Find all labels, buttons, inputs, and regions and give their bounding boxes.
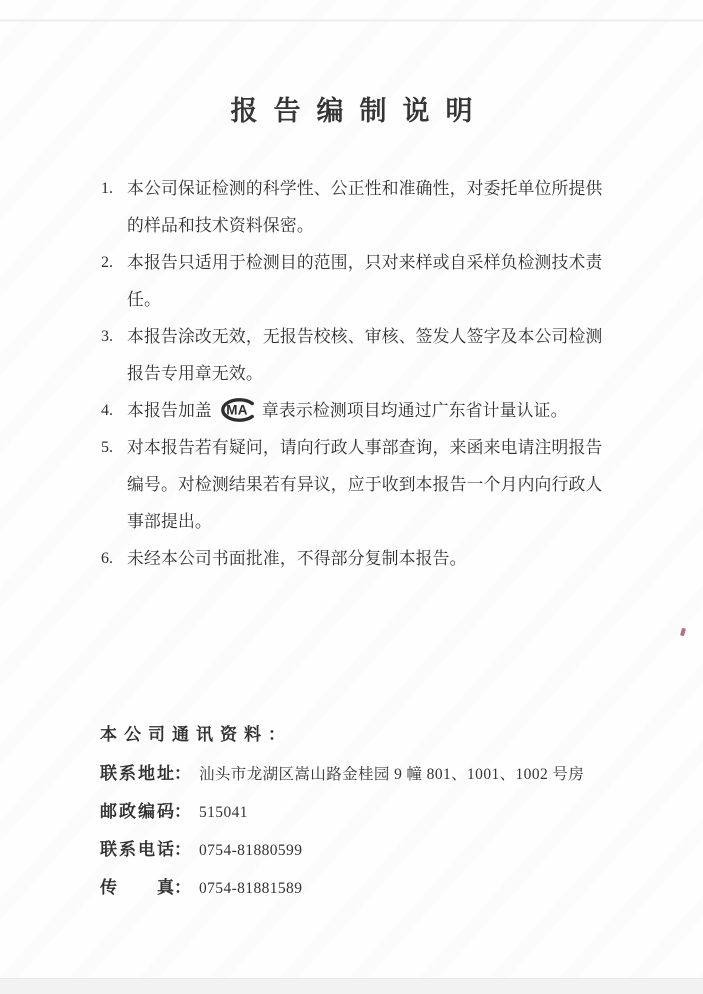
note-text: 本报告只适用于检测目的范围，只对来样或自采样负检测技术责 任。 <box>127 253 602 309</box>
contact-row-address: 联系地址：汕头市龙湖区嵩山路金桂园 9 幢 801、1001、1002 号房 <box>100 762 703 787</box>
note-item-1: 1. 本公司保证检测的科学性、公正性和准确性，对委托单位所提供 的样品和技术资料… <box>101 170 623 244</box>
note-text: 本报告加盖MA章表示检测项目均通过广东省计量认证。 <box>127 401 568 420</box>
scanned-document-page: 报告编制说明 1. 本公司保证检测的科学性、公正性和准确性，对委托单位所提供 的… <box>0 0 703 994</box>
contact-label: 传真 <box>100 876 174 900</box>
note-text: 对本报告若有疑问，请向行政人事部查询，来函来电请注明报告 编号。对检测结果若有异… <box>127 438 602 531</box>
note-number: 5. <box>101 429 113 466</box>
note-item-2: 2. 本报告只适用于检测目的范围，只对来样或自采样负检测技术责 任。 <box>101 244 623 318</box>
scan-bottom-edge-artifact <box>0 978 703 994</box>
contact-label: 邮政编码 <box>100 800 174 824</box>
note-text: 未经本公司书面批准，不得部分复制本报告。 <box>127 549 467 568</box>
note-item-3: 3. 本报告涂改无效，无报告校核、审核、签发人签字及本公司检测 报告专用章无效。 <box>101 318 623 392</box>
contact-value: 0754-81881589 <box>199 880 302 897</box>
note-text: 本公司保证检测的科学性、公正性和准确性，对委托单位所提供 的样品和技术资料保密。 <box>127 179 602 235</box>
contact-row-fax: 传真：0754-81881589 <box>100 876 703 901</box>
contact-colon: ： <box>174 878 191 897</box>
contact-colon: ： <box>174 802 191 821</box>
note-number: 4. <box>101 392 113 429</box>
contact-value: 515041 <box>199 804 248 821</box>
contact-colon: ： <box>174 840 191 859</box>
contact-colon: ： <box>174 764 191 783</box>
note-item-6: 6. 未经本公司书面批准，不得部分复制本报告。 <box>101 540 623 577</box>
contact-heading: 本公司通讯资料： <box>100 723 703 747</box>
note-number: 6. <box>101 540 113 577</box>
note-number: 3. <box>101 318 113 355</box>
contact-label: 联系电话 <box>100 838 174 862</box>
contact-value: 汕头市龙湖区嵩山路金桂园 9 幢 801、1001、1002 号房 <box>199 766 584 783</box>
contact-section: 本公司通讯资料： 联系地址：汕头市龙湖区嵩山路金桂园 9 幢 801、1001、… <box>100 723 703 901</box>
contact-row-postcode: 邮政编码：515041 <box>100 800 703 825</box>
note-number: 1. <box>101 170 113 207</box>
red-ink-speck-artifact <box>680 628 686 637</box>
note-text-before-mark: 本报告加盖 <box>127 401 212 420</box>
note-number: 2. <box>101 244 113 281</box>
note-item-4: 4. 本报告加盖MA章表示检测项目均通过广东省计量认证。 <box>101 392 623 429</box>
svg-text:MA: MA <box>226 403 247 418</box>
note-text: 本报告涂改无效，无报告校核、审核、签发人签字及本公司检测 报告专用章无效。 <box>127 327 602 383</box>
note-item-5: 5. 对本报告若有疑问，请向行政人事部查询，来函来电请注明报告 编号。对检测结果… <box>101 429 623 540</box>
contact-value: 0754-81880599 <box>199 842 302 859</box>
contact-label: 联系地址 <box>100 762 174 786</box>
cma-certification-mark-icon: MA <box>218 397 258 423</box>
scan-top-edge-artifact <box>0 19 703 22</box>
contact-row-phone: 联系电话：0754-81880599 <box>100 838 703 863</box>
note-text-after-mark: 章表示检测项目均通过广东省计量认证。 <box>262 401 568 420</box>
notes-list: 1. 本公司保证检测的科学性、公正性和准确性，对委托单位所提供 的样品和技术资料… <box>101 170 623 577</box>
